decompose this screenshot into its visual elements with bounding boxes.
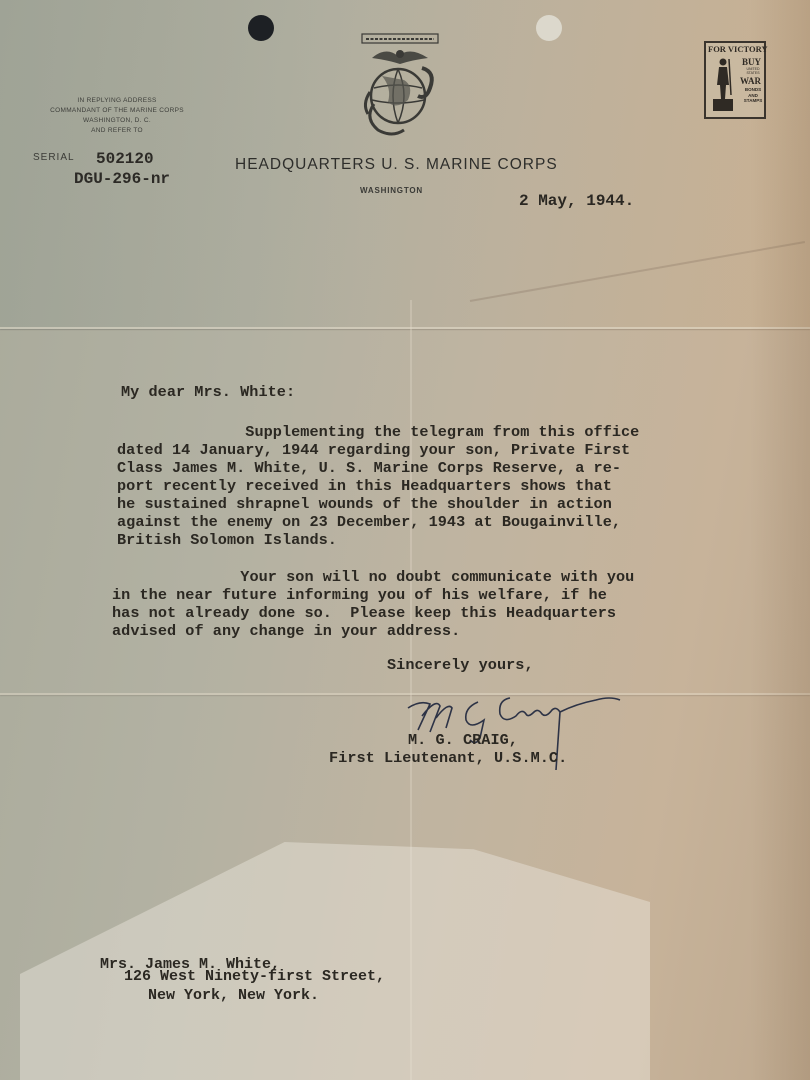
paragraph-line: against the enemy on 23 December, 1943 a… (117, 513, 639, 531)
recipient-city: New York, New York. (148, 986, 319, 1005)
return-address-line: and refer to (32, 126, 202, 136)
paragraph-line: port recently received in this Headquart… (117, 477, 639, 495)
recipient-street: 126 West Ninety-first Street, (124, 967, 385, 986)
signer-title: First Lieutenant, U.S.M.C. (329, 749, 567, 767)
salutation: My dear Mrs. White: (121, 383, 295, 401)
stamp-war-text: WAR (740, 76, 761, 86)
paper-edge-shadow (750, 0, 810, 1080)
fold-crease-upper (0, 327, 810, 329)
serial-label: SERIAL (33, 152, 75, 163)
punch-hole-left (248, 15, 274, 41)
serial-number: 502120 (96, 150, 154, 168)
minuteman-icon (711, 55, 735, 113)
paragraph-line: he sustained shrapnel wounds of the shou… (117, 495, 639, 513)
letter-paper: In replying address Commandant of the Ma… (0, 0, 810, 1080)
organization-title: HEADQUARTERS U. S. MARINE CORPS (235, 156, 558, 174)
stamp-top-text: FOR VICTORY (708, 44, 768, 54)
paragraph-line: British Solomon Islands. (117, 531, 639, 549)
stamp-bonds-text: BONDS AND STAMPS (740, 87, 766, 104)
stamp-small-text: UNITED STATES (741, 67, 765, 75)
paragraph-line: has not already done so. Please keep thi… (112, 604, 634, 622)
return-address-line: In replying address (32, 96, 202, 106)
paragraph-line: Class James M. White, U. S. Marine Corps… (117, 459, 639, 477)
return-address-block: In replying address Commandant of the Ma… (32, 96, 202, 136)
paragraph-line: Your son will no doubt communicate with … (112, 568, 634, 586)
paragraph-1: Supplementing the telegram from this off… (117, 423, 639, 549)
paragraph-2: Your son will no doubt communicate with … (112, 568, 634, 640)
reference-code: DGU-296-nr (74, 170, 170, 188)
paragraph-line: dated 14 January, 1944 regarding your so… (117, 441, 639, 459)
letter-date: 2 May, 1944. (519, 192, 634, 210)
paragraph-line: in the near future informing you of his … (112, 586, 634, 604)
return-address-line: Commandant of the Marine Corps (32, 106, 202, 116)
paragraph-line: Supplementing the telegram from this off… (117, 423, 639, 441)
closing: Sincerely yours, (387, 656, 534, 674)
signer-name: M. G. CRAIG, (408, 731, 518, 749)
eagle-globe-anchor-icon (352, 30, 448, 140)
organization-city: WASHINGTON (360, 186, 423, 195)
punch-hole-right (536, 15, 562, 41)
return-address-line: Washington, D. C. (32, 116, 202, 126)
stamp-buy-text: BUY (742, 57, 761, 67)
war-bonds-stamp: FOR VICTORY BUY UNITED STATES WAR BONDS … (704, 41, 766, 119)
paragraph-line: advised of any change in your address. (112, 622, 634, 640)
